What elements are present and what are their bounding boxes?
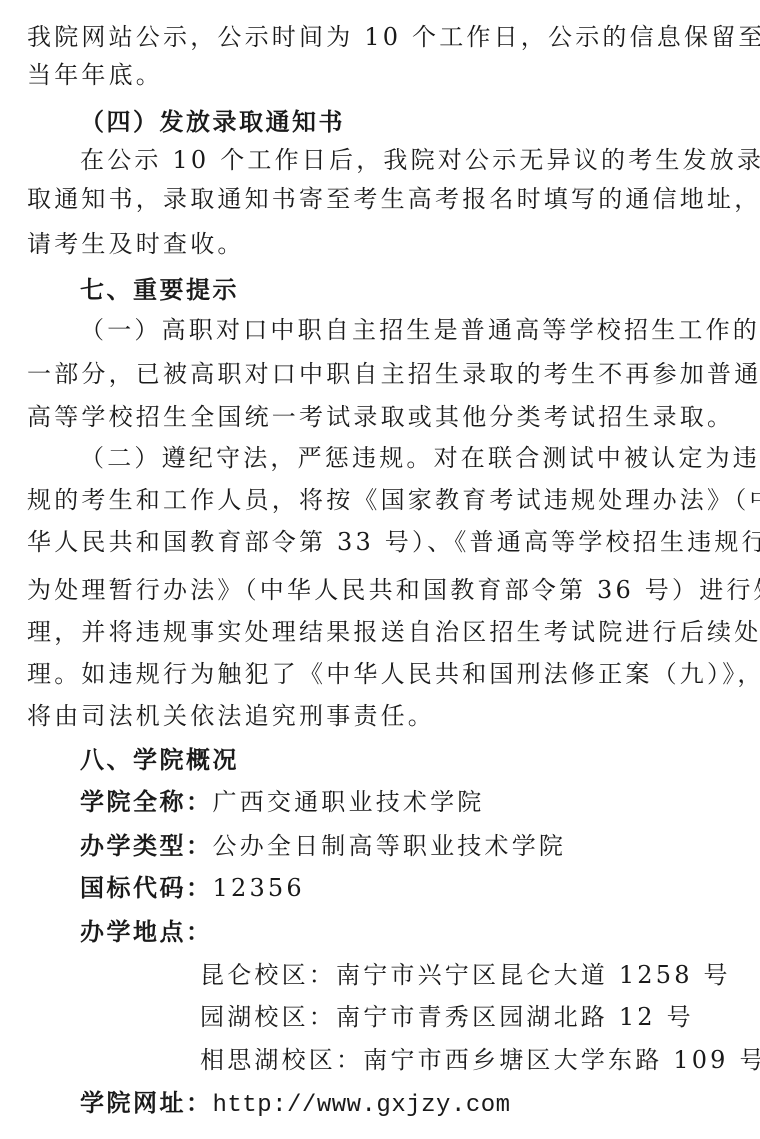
paragraph-line: 理。如违规行为触犯了《中华人民共和国刑法修正案（九）》， — [27, 659, 760, 689]
campus-row: 相思湖校区：南宁市西乡塘区大学东路 109 号 — [200, 1045, 760, 1075]
website-link[interactable]: http://www.gxjzy.com — [213, 1092, 511, 1119]
full-name-label: 学院全称： — [80, 788, 213, 816]
location-label: 办学地点： — [80, 918, 213, 946]
section-heading: （四）发放录取通知书 — [80, 107, 345, 137]
campus-name: 相思湖校区： — [200, 1046, 363, 1074]
paragraph-line: 高等学校招生全国统一考试录取或其他分类考试招生录取。 — [27, 402, 734, 432]
full-name-row: 学院全称：广西交通职业技术学院 — [80, 787, 485, 817]
paragraph-line: 在公示 10 个工作日后，我院对公示无异议的考生发放录 — [80, 145, 760, 175]
location-row: 办学地点： — [80, 917, 213, 947]
full-name-value: 广西交通职业技术学院 — [213, 788, 485, 816]
campus-address: 南宁市兴宁区昆仑大道 1258 号 — [336, 961, 731, 989]
website-row: 学院网址：http://www.gxjzy.com — [80, 1088, 511, 1121]
code-label: 国标代码： — [80, 874, 213, 902]
paragraph-line: 当年年底。 — [27, 60, 163, 90]
paragraph-line: （二）遵纪守法，严惩违规。对在联合测试中被认定为违 — [80, 443, 760, 473]
code-value: 12356 — [213, 874, 305, 902]
paragraph-line: 规的考生和工作人员，将按《国家教育考试违规处理办法》（中 — [27, 485, 760, 515]
campus-row: 昆仑校区：南宁市兴宁区昆仑大道 1258 号 — [200, 960, 731, 990]
paragraph-line: 将由司法机关依法追究刑事责任。 — [27, 701, 435, 731]
campus-name: 昆仑校区： — [200, 961, 336, 989]
campus-address: 南宁市西乡塘区大学东路 109 号 — [363, 1046, 760, 1074]
paragraph-line: 为处理暂行办法》（中华人民共和国教育部令第 36 号）进行处 — [27, 575, 760, 605]
section-heading: 七、重要提示 — [80, 275, 239, 305]
paragraph-line: 我院网站公示，公示时间为 10 个工作日，公示的信息保留至 — [27, 22, 760, 52]
paragraph-line: 取通知书，录取通知书寄至考生高考报名时填写的通信地址， — [27, 184, 760, 214]
campus-row: 园湖校区：南宁市青秀区园湖北路 12 号 — [200, 1002, 694, 1032]
campus-name: 园湖校区： — [200, 1003, 336, 1031]
code-row: 国标代码：12356 — [80, 873, 305, 903]
paragraph-line: 一部分，已被高职对口中职自主招生录取的考生不再参加普通 — [27, 359, 760, 389]
school-type-label: 办学类型： — [80, 832, 213, 860]
paragraph-line: （一）高职对口中职自主招生是普通高等学校招生工作的 — [80, 315, 760, 345]
section-heading: 八、学院概况 — [80, 745, 239, 775]
school-type-value: 公办全日制高等职业技术学院 — [213, 832, 567, 860]
paragraph-line: 华人民共和国教育部令第 33 号）、《普通高等学校招生违规行 — [27, 527, 760, 557]
paragraph-line: 理，并将违规事实处理结果报送自治区招生考试院进行后续处 — [27, 617, 760, 647]
school-type-row: 办学类型：公办全日制高等职业技术学院 — [80, 831, 566, 861]
website-label: 学院网址： — [80, 1089, 213, 1117]
paragraph-line: 请考生及时查收。 — [27, 229, 245, 259]
campus-address: 南宁市青秀区园湖北路 12 号 — [336, 1003, 694, 1031]
